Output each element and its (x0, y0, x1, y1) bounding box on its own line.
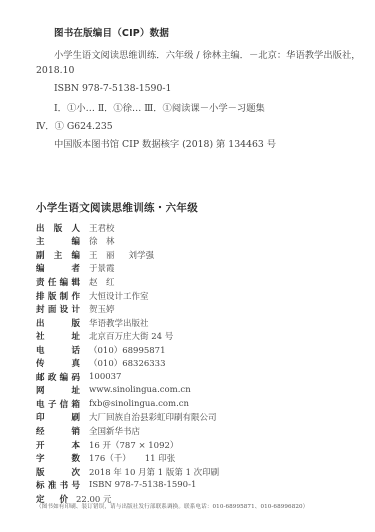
credit-row-address: 社址 北京百万庄大街 24 号 (36, 329, 219, 343)
cip-line-classification: Ⅰ．①小… Ⅱ．①徐… Ⅲ．①阅读课－小学－习题集 (54, 100, 265, 114)
credit-value: （010）68995871 (89, 344, 166, 356)
credit-row-chief-editor: 主编 徐 林 (36, 235, 219, 249)
cip-line-class-number: Ⅳ．① G624.235 (36, 118, 113, 132)
credit-value: 100037 (89, 372, 121, 382)
credit-row-website: 网址 www.sinolingua.com.cn (36, 384, 219, 398)
credit-row-format: 开本 16 开（787 × 1092） (36, 438, 219, 452)
credit-row-typesetting: 排版制作 大恒设计工作室 (36, 289, 219, 303)
credit-value: 大厂回族自治县彩虹印刷有限公司 (89, 411, 217, 423)
credit-value: （010）68326333 (89, 357, 166, 369)
credit-label: 副主编 (36, 249, 80, 261)
cip-line-date: 2018.10 (36, 65, 74, 76)
credit-row-author: 编者 于景霞 (36, 262, 219, 276)
credit-label: 印刷 (36, 411, 80, 423)
credit-value: 176（千）11 印张 (89, 452, 175, 464)
credit-label: 电子信箱 (36, 398, 80, 410)
credit-value: 王 丽刘学强 (89, 249, 154, 261)
credit-label: 封面设计 (36, 303, 80, 315)
credit-value: 赵 红 (89, 276, 115, 288)
footnote: （图书如有印刷、装订错误，请与出版社发行部联系调换。联系电话：010-68995… (36, 502, 308, 510)
credit-label: 字数 (36, 452, 80, 464)
credit-value: 王君校 (89, 222, 115, 234)
credit-label: 出版人 (36, 222, 80, 234)
credit-label: 标准书号 (36, 479, 80, 491)
credit-label: 传真 (36, 357, 80, 369)
credit-value: ISBN 978-7-5138-1590-1 (89, 480, 196, 490)
credit-value: 全国新华书店 (89, 425, 140, 437)
cip-line-record-number: 中国版本图书馆 CIP 数据核字 (2018) 第 134463 号 (54, 136, 276, 150)
credit-row-publisher-person: 出版人 王君校 (36, 221, 219, 235)
credit-row-printer: 印刷 大厂回族自治县彩虹印刷有限公司 (36, 411, 219, 425)
credits-list: 出版人 王君校 主编 徐 林 副主编 王 丽刘学强 编者 于景霞 责任编辑 赵 … (36, 221, 219, 505)
credit-row-fax: 传真 （010）68326333 (36, 356, 219, 370)
credit-label: 排版制作 (36, 290, 80, 302)
credit-row-email: 电子信箱 fxb@sinolingua.com.cn (36, 397, 219, 411)
credit-label: 责任编辑 (36, 276, 80, 288)
credit-label: 主编 (36, 235, 80, 247)
credit-value: 16 开（787 × 1092） (89, 439, 178, 451)
credit-label: 编者 (36, 262, 80, 274)
credit-value: 2018 年 10 月第 1 版第 1 次印刷 (89, 466, 219, 478)
credit-row-responsible-editor: 责任编辑 赵 红 (36, 275, 219, 289)
credit-value: 于景霞 (89, 262, 115, 274)
credit-value: 贺玉婷 (89, 303, 115, 315)
email-link[interactable]: fxb@sinolingua.com.cn (89, 399, 189, 409)
credit-value: 北京百万庄大街 24 号 (89, 330, 173, 342)
credit-label: 开本 (36, 439, 80, 451)
credit-value: 华语教学出版社 (89, 317, 149, 329)
credit-row-phone: 电话 （010）68995871 (36, 343, 219, 357)
cip-line-title: 小学生语文阅读思维训练．六年级 / 徐林主编．－北京：华语教学出版社， (54, 47, 361, 61)
credit-value: 大恒设计工作室 (89, 290, 149, 302)
cip-heading: 图书在版编目（CIP）数据 (54, 25, 169, 39)
credit-row-isbn: 标准书号 ISBN 978-7-5138-1590-1 (36, 478, 219, 492)
book-title: 小学生语文阅读思维训练・六年级 (36, 200, 198, 215)
website-link[interactable]: www.sinolingua.com.cn (89, 385, 191, 395)
credit-value: 徐 林 (89, 235, 115, 247)
credit-row-deputy-editor: 副主编 王 丽刘学强 (36, 248, 219, 262)
credit-row-word-count: 字数 176（千）11 印张 (36, 451, 219, 465)
credit-row-publisher: 出版 华语教学出版社 (36, 316, 219, 330)
credit-row-cover-design: 封面设计 贺玉婷 (36, 302, 219, 316)
credit-label: 出版 (36, 317, 80, 329)
credit-label: 邮政编码 (36, 371, 80, 383)
credit-label: 版次 (36, 466, 80, 478)
credit-row-edition: 版次 2018 年 10 月第 1 版第 1 次印刷 (36, 465, 219, 479)
credit-label: 电话 (36, 344, 80, 356)
credit-label: 社址 (36, 330, 80, 342)
credit-label: 经销 (36, 425, 80, 437)
credit-row-postal-code: 邮政编码 100037 (36, 370, 219, 384)
credit-label: 网址 (36, 384, 80, 396)
cip-line-isbn: ISBN 978-7-5138-1590-1 (54, 83, 171, 94)
credit-row-distributor: 经销 全国新华书店 (36, 424, 219, 438)
